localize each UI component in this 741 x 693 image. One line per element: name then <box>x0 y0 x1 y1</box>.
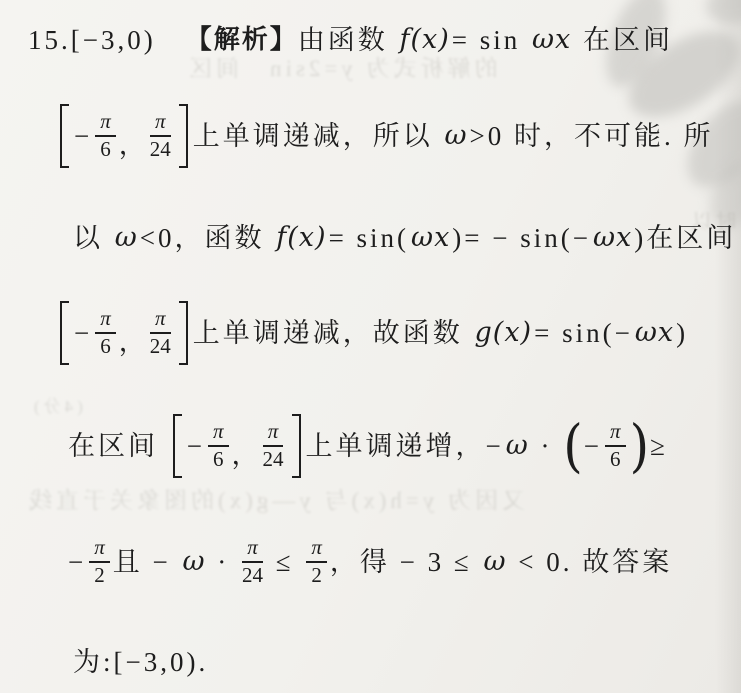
fraction: π6 <box>605 420 626 471</box>
text-run: ) <box>676 317 688 349</box>
text-run: ， <box>119 326 147 358</box>
text-run: 上单调递增，− <box>306 430 504 462</box>
fraction-denominator: 24 <box>150 137 171 162</box>
fraction-numerator: π <box>89 536 110 563</box>
fraction: π2 <box>306 536 327 587</box>
fraction: π6 <box>95 307 116 358</box>
math-variable: f(x) <box>397 24 451 56</box>
fraction: π6 <box>95 110 116 161</box>
solution-line-1: 15.[−3,0) 【解析】由函数 f(x)= sin ωx 在区间 <box>28 16 673 64</box>
fraction-denominator: 6 <box>100 137 111 162</box>
text-run: = sin( <box>329 222 409 254</box>
text-run: − <box>74 317 92 349</box>
scanned-solution-page: 的解析式为 y=2sin 间区(4分)又因为 y=h(x)与 y—g(x)的图象… <box>0 0 741 693</box>
fraction: π2 <box>89 536 110 587</box>
fraction-denominator: 24 <box>150 334 171 359</box>
text-run: )= − sin(− <box>452 222 591 254</box>
text-run: 上单调递减，故函数 <box>193 317 473 349</box>
math-variable: ωx <box>530 24 573 56</box>
text-run: >0 时，不可能. 所 <box>470 120 714 152</box>
text-run: 上单调递减，所以 <box>193 120 443 152</box>
text-run: = sin <box>452 24 530 56</box>
right-square-bracket <box>179 301 188 365</box>
text-run: 为:[−3,0). <box>73 646 208 678</box>
text-run: ，得 − 3 ≤ <box>330 546 482 578</box>
text-run: < 0. 故答案 <box>508 546 672 578</box>
math-variable: ω <box>181 546 208 578</box>
math-variable: ω <box>504 430 531 462</box>
math-variable: ω <box>113 222 140 254</box>
fraction-denominator: 2 <box>94 563 105 588</box>
text-run: − <box>74 120 92 152</box>
math-variable: ω <box>443 120 470 152</box>
solution-line-2: −π6，π24上单调递减，所以 ω>0 时，不可能. 所 <box>55 100 714 172</box>
fraction-numerator: π <box>263 420 284 447</box>
text-run: · <box>208 546 240 578</box>
math-variable: g(x) <box>473 317 535 349</box>
fraction-numerator: π <box>95 110 116 137</box>
solution-line-3: 以 ω<0，函数 f(x)= sin(ωx)= − sin(−ωx)在区间 <box>73 214 736 262</box>
fraction-denominator: 6 <box>213 447 224 472</box>
right-square-bracket <box>179 104 188 168</box>
text-run: 且 − <box>113 546 181 578</box>
fraction: π24 <box>242 536 263 587</box>
right-square-bracket <box>292 414 301 478</box>
right-big-paren: ) <box>629 417 651 475</box>
fraction-denominator: 24 <box>263 447 284 472</box>
text-run: − <box>187 430 205 462</box>
solution-line-7: 为:[−3,0). <box>73 638 208 686</box>
fraction-denominator: 6 <box>100 334 111 359</box>
text-run: 15.[−3,0) <box>28 24 186 56</box>
fraction-numerator: π <box>208 420 229 447</box>
fraction-numerator: π <box>605 420 626 447</box>
fraction-denominator: 24 <box>242 563 263 588</box>
math-variable: ω <box>481 546 508 578</box>
analysis-tag: 【解析】 <box>186 24 298 55</box>
fraction-denominator: 2 <box>311 563 322 588</box>
text-run: ≤ <box>266 546 303 578</box>
text-run: 以 <box>73 222 113 254</box>
text-run: − <box>68 546 86 578</box>
fraction-numerator: π <box>95 307 116 334</box>
text-run: <0，函数 <box>140 222 274 254</box>
left-square-bracket <box>60 104 69 168</box>
text-run: = sin(− <box>534 317 633 349</box>
shadow-swoosh-4 <box>702 0 741 31</box>
text-run: 在区间 <box>68 430 168 462</box>
solution-line-4: −π6，π24上单调递减，故函数 g(x)= sin(−ωx) <box>55 297 688 369</box>
fraction-numerator: π <box>306 536 327 563</box>
fraction-numerator: π <box>150 307 171 334</box>
text-run: ≥ <box>650 430 668 462</box>
solution-line-5: 在区间 −π6，π24上单调递增，−ω · (−π6)≥ <box>68 410 668 482</box>
text-run: 在区间 <box>573 24 673 56</box>
fraction-numerator: π <box>242 536 263 563</box>
math-variable: ωx <box>633 317 676 349</box>
left-square-bracket <box>173 414 182 478</box>
math-variable: f(x) <box>274 222 328 254</box>
fraction: π24 <box>150 110 171 161</box>
left-square-bracket <box>60 301 69 365</box>
fraction-denominator: 6 <box>610 447 621 472</box>
fraction: π24 <box>263 420 284 471</box>
solution-line-6: −π2且 − ω · π24 ≤ π2，得 − 3 ≤ ω < 0. 故答案 <box>68 526 672 598</box>
text-run: − <box>584 430 602 462</box>
fraction-numerator: π <box>150 110 171 137</box>
text-run: 由函数 <box>298 24 398 56</box>
text-run: · <box>531 430 563 462</box>
left-big-paren: ( <box>562 417 584 475</box>
text-run: ， <box>119 129 147 161</box>
math-variable: ωx <box>409 222 452 254</box>
math-variable: ωx <box>591 222 634 254</box>
text-run: )在区间 <box>634 222 736 254</box>
bleedthrough-text-3: 又因为 y=h(x)与 y—g(x)的图象关于直线 <box>25 482 525 515</box>
text-run: ， <box>232 439 260 471</box>
fraction: π24 <box>150 307 171 358</box>
fraction: π6 <box>208 420 229 471</box>
